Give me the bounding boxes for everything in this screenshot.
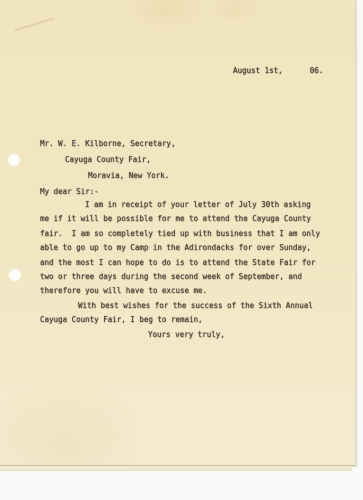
body-line: With best wishes for the success of the … (40, 299, 335, 313)
body-line: Cayuga County Fair, I beg to remain, (40, 313, 335, 327)
paper-scratch-mark (15, 18, 54, 31)
body-line: me if it will be possible for me to atte… (40, 212, 335, 226)
salutation-line: My dear Sir:- (40, 186, 99, 198)
body-line: two or three days during the second week… (40, 270, 335, 284)
body-line: I am in receipt of your letter of July 3… (40, 198, 335, 212)
letter-body: I am in receipt of your letter of July 3… (40, 198, 335, 342)
paper-bottom-edge (0, 466, 352, 471)
body-line: able to go up to my Camp in the Adironda… (40, 241, 335, 255)
hole-punch-bottom (9, 269, 21, 281)
closing-line: Yours very truly, (40, 328, 335, 342)
scanned-letter-canvas: August 1st, 06. Mr. W. E. Kilborne, Secr… (0, 0, 363, 500)
body-line: fair. I am so completely tied up with bu… (40, 227, 335, 241)
recipient-name-line: Mr. W. E. Kilborne, Secretary, (40, 138, 175, 150)
letter-page: August 1st, 06. Mr. W. E. Kilborne, Secr… (0, 0, 356, 466)
body-line: and the most I can hope to do is to atte… (40, 256, 335, 270)
date-line: August 1st, 06. (233, 65, 323, 77)
hole-punch-top (8, 154, 20, 166)
body-line: therefore you will have to excuse me. (40, 284, 335, 298)
recipient-place-line: Moravia, New York. (88, 170, 169, 182)
recipient-org-line: Cayuga County Fair, (65, 154, 151, 166)
